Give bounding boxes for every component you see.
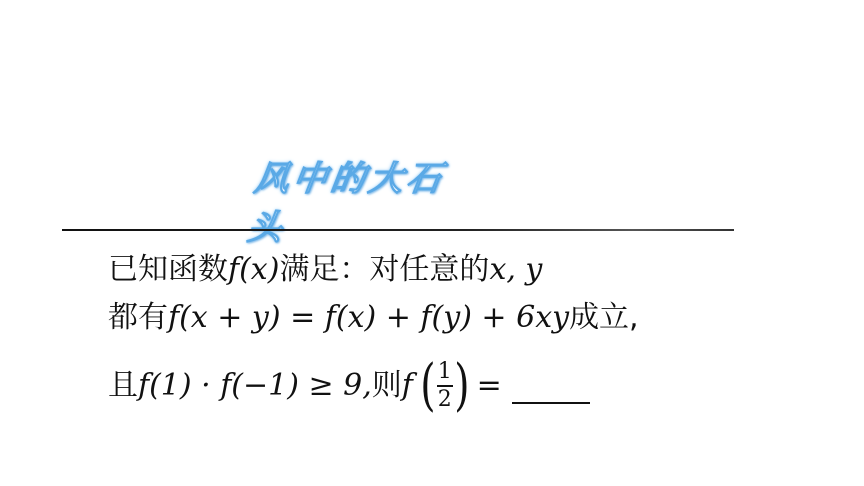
line2-prefix: 都有	[108, 298, 168, 338]
right-paren: )	[454, 358, 469, 414]
line1-vars: x, y	[489, 250, 542, 290]
fraction-numerator: 1	[438, 361, 452, 383]
problem-line-3: 且 f(1) · f(−1) ≥ 9, 则 f ( 1 2 ) =	[108, 358, 590, 414]
line2-equation: f(x + y) = f(x) + f(y) + 6xy	[168, 298, 569, 338]
line1-middle: 满足：对任意的	[279, 250, 489, 290]
line3-prefix: 且	[108, 366, 138, 406]
line3-then: 则	[372, 366, 402, 406]
line3-condition: f(1) · f(−1) ≥ 9,	[138, 366, 372, 406]
line3-equals: =	[477, 366, 502, 406]
line3-func: f	[402, 366, 413, 406]
fraction-body: 1 2	[437, 361, 453, 411]
divider-line	[62, 229, 734, 231]
fraction-denominator: 2	[438, 389, 452, 411]
answer-blank[interactable]	[512, 402, 590, 404]
left-paren: (	[420, 358, 435, 414]
line2-suffix: 成立,	[569, 298, 639, 338]
fraction-one-half: ( 1 2 )	[417, 358, 473, 414]
line1-func: f(x)	[228, 250, 279, 290]
problem-line-1: 已知函数 f(x) 满足：对任意的 x, y	[108, 250, 542, 290]
line1-prefix: 已知函数	[108, 250, 228, 290]
problem-line-2: 都有 f(x + y) = f(x) + f(y) + 6xy 成立,	[108, 298, 639, 338]
watermark-title: 风中的大石头	[249, 176, 476, 224]
